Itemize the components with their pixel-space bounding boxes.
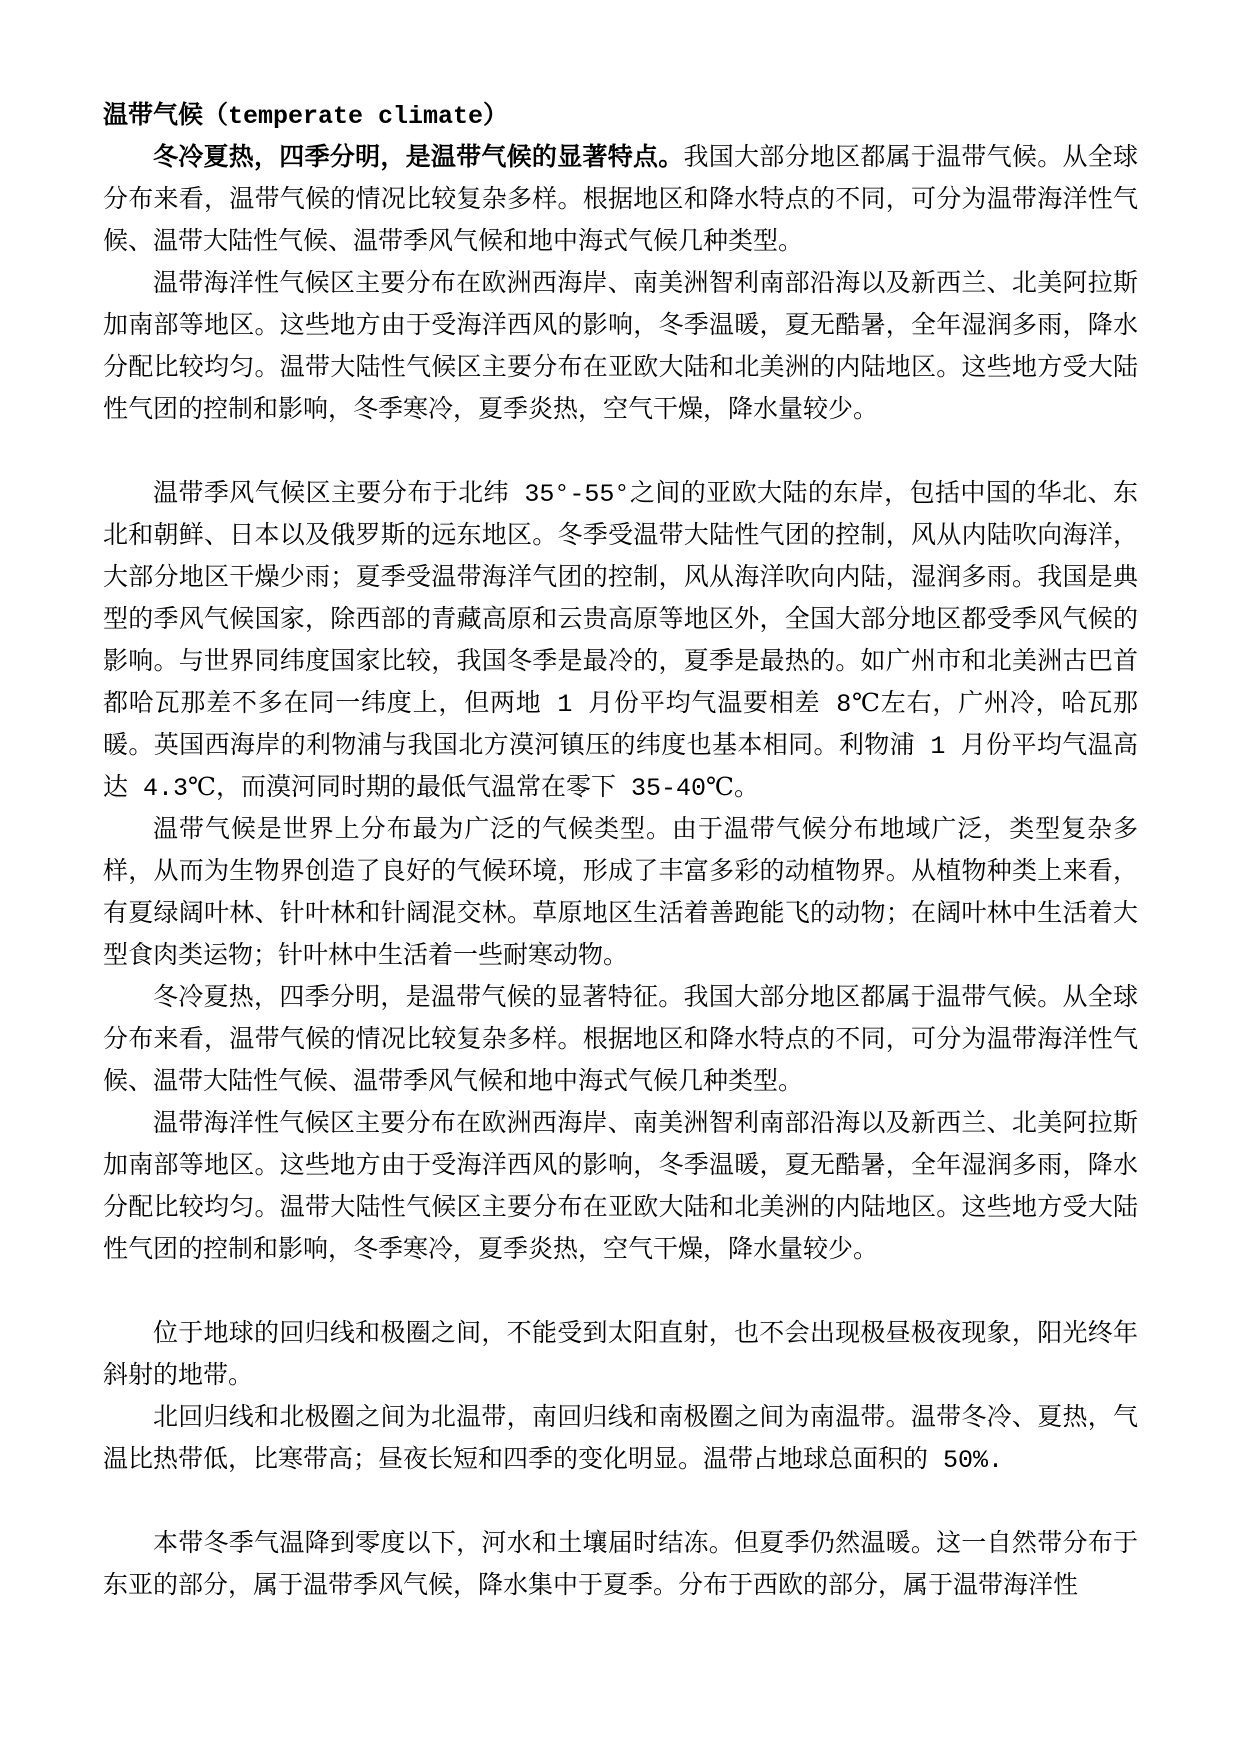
- blank-line: [103, 1482, 1138, 1524]
- document-page: 温带气候（temperate climate） 冬冷夏热，四季分明，是温带气候的…: [0, 0, 1241, 1754]
- paragraph-monsoon-climate: 温带季风气候区主要分布于北纬 35°-55°之间的亚欧大陆的东岸，包括中国的华北…: [103, 474, 1138, 810]
- lead-bold-sentence: 冬冷夏热，四季分明，是温带气候的显著特点。: [153, 144, 684, 173]
- blank-line: [103, 1272, 1138, 1314]
- paragraph-features-repeat: 冬冷夏热，四季分明，是温带气候的显著特征。我国大部分地区都属于温带气候。从全球分…: [103, 978, 1138, 1104]
- paragraph-winter-freeze: 本带冬季气温降到零度以下，河水和土壤届时结冻。但夏季仍然温暖。这一自然带分布于东…: [103, 1524, 1138, 1608]
- paragraph-distribution-flora-fauna: 温带气候是世界上分布最为广泛的气候类型。由于温带气候分布地域广泛，类型复杂多样，…: [103, 810, 1138, 978]
- lead-paragraph: 冬冷夏热，四季分明，是温带气候的显著特点。我国大部分地区都属于温带气候。从全球分…: [103, 138, 1138, 264]
- paragraph-oceanic-continental-1: 温带海洋性气候区主要分布在欧洲西海岸、南美洲智利南部沿海以及新西兰、北美阿拉斯加…: [103, 264, 1138, 432]
- document-title: 温带气候（temperate climate）: [103, 96, 1138, 138]
- paragraph-north-south-temperate: 北回归线和北极圈之间为北温带，南回归线和南极圈之间为南温带。温带冬冷、夏热，气温…: [103, 1398, 1138, 1482]
- paragraph-temperate-zone-location: 位于地球的回归线和极圈之间，不能受到太阳直射，也不会出现极昼极夜现象，阳光终年斜…: [103, 1314, 1138, 1398]
- paragraph-oceanic-continental-2: 温带海洋性气候区主要分布在欧洲西海岸、南美洲智利南部沿海以及新西兰、北美阿拉斯加…: [103, 1104, 1138, 1272]
- blank-line: [103, 432, 1138, 474]
